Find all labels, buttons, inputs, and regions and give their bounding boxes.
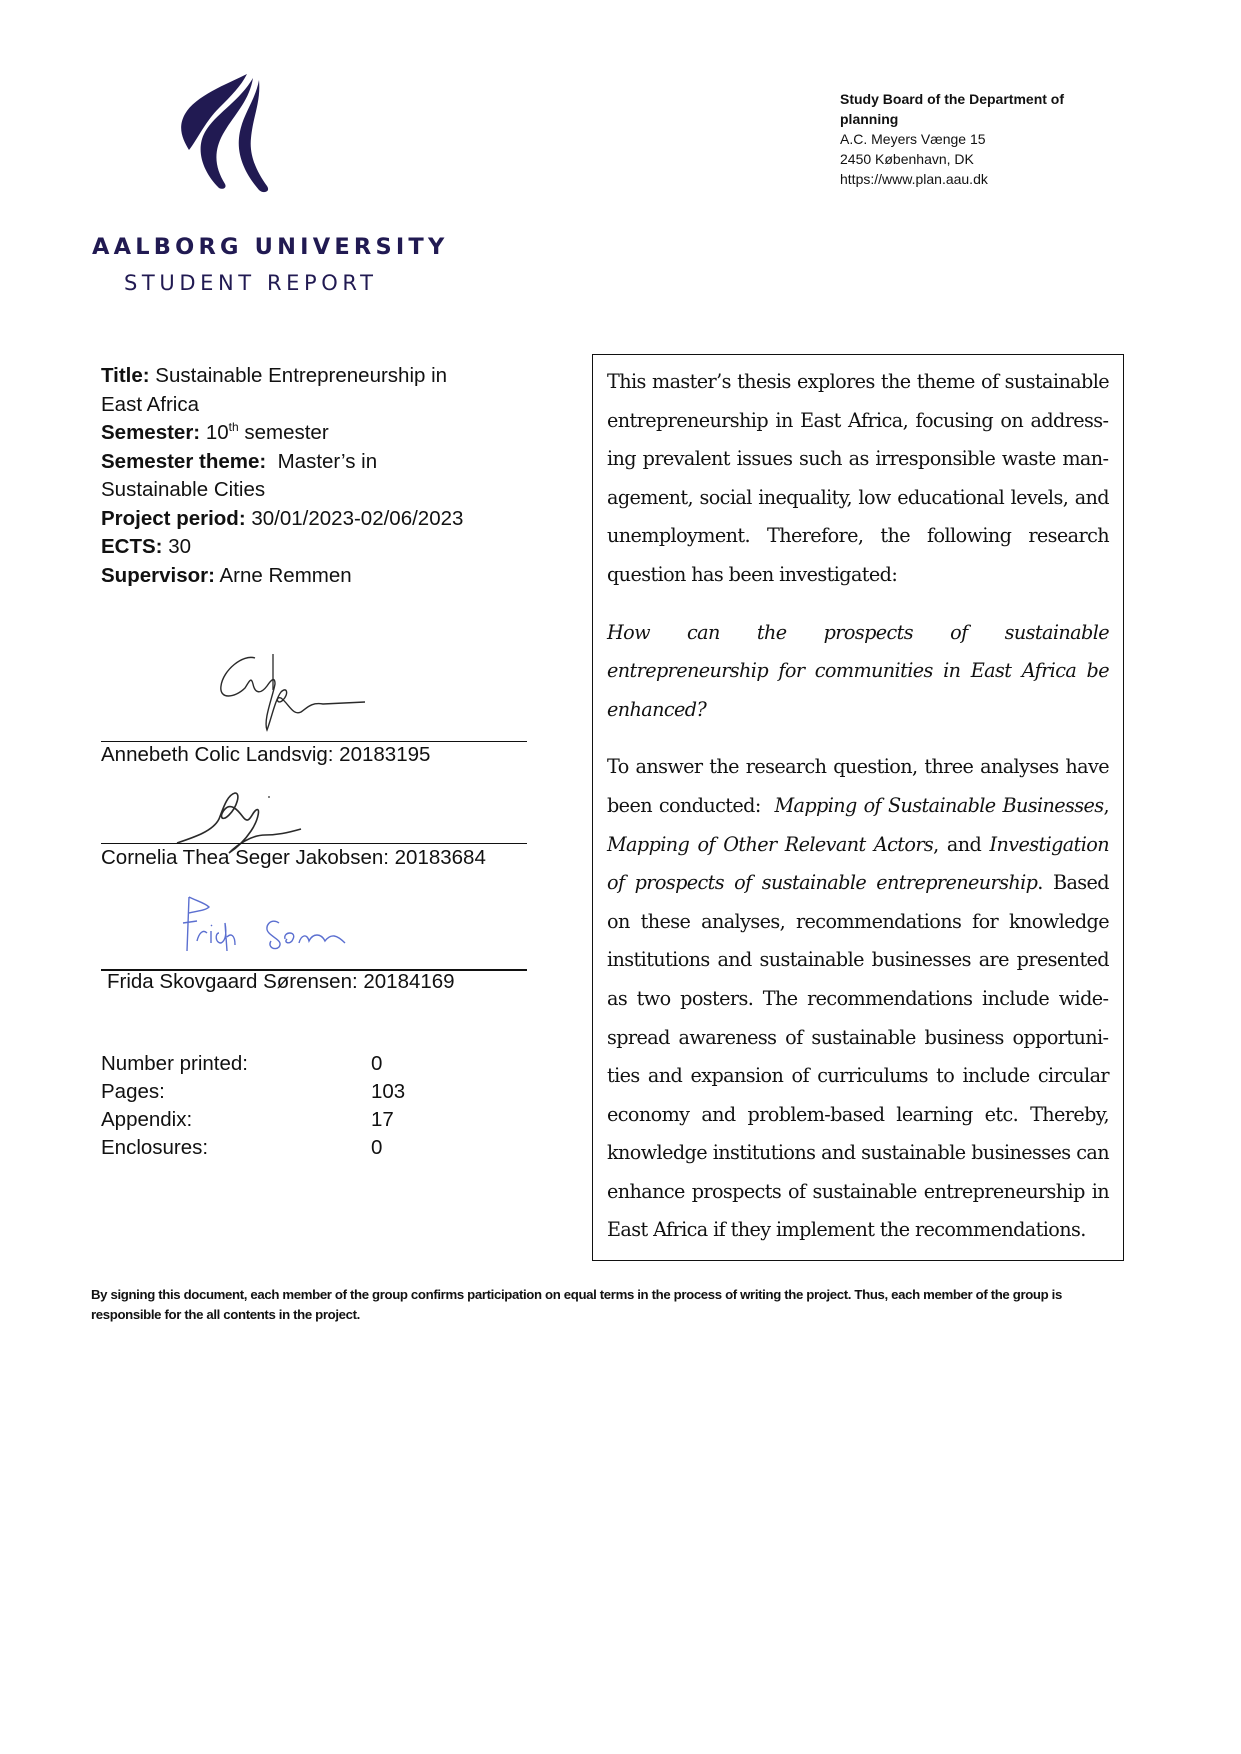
stat-label: Appendix: [101, 1106, 371, 1134]
stat-label: Number printed: [101, 1050, 371, 1078]
theme-field: Semester theme: Master’s in [101, 448, 501, 477]
abstract-intro: This master’s thesis explores the theme … [607, 363, 1109, 595]
stat-value: 0 [371, 1050, 382, 1078]
signatory-1-name: Annebeth Colic Landsvig: 20183195 [101, 743, 430, 767]
city-address: 2450 København, DK [840, 149, 1130, 169]
aalborg-university-logo-icon [175, 72, 285, 197]
report-type: STUDENT REPORT [124, 271, 424, 295]
supervisor-field: Supervisor: Arne Remmen [101, 562, 501, 591]
title-value-line2: East Africa [101, 391, 501, 420]
period-field: Project period: 30/01/2023-02/06/2023 [101, 505, 501, 534]
method-conclusion: . Based on these analyses, recommendatio… [607, 871, 1109, 1241]
semester-suffix: th [229, 420, 239, 434]
stat-value: 103 [371, 1078, 405, 1106]
signature-line-2 [101, 843, 527, 844]
semester-number: 10 [200, 421, 229, 444]
semester-field: Semester: 10th semester [101, 419, 501, 448]
abstract-box: This master’s thesis explores the theme … [592, 354, 1124, 1261]
analysis-2: Mapping of Other Relevant Actors [607, 833, 933, 856]
separator: , [1104, 794, 1110, 817]
period-label: Project period: [101, 507, 246, 530]
stat-row-appendix: Appendix: 17 [101, 1106, 461, 1134]
separator: , and [933, 833, 989, 856]
stat-label: Pages: [101, 1078, 371, 1106]
signature-1-icon [215, 650, 375, 740]
stat-row-enclosures: Enclosures: 0 [101, 1134, 461, 1162]
university-name: AALBORG UNIVERSITY [92, 234, 392, 260]
study-board-line-2: planning [840, 109, 1130, 129]
theme-label: Semester theme: [101, 450, 266, 473]
supervisor-label: Supervisor: [101, 564, 215, 587]
signature-3-icon [175, 893, 375, 963]
ects-label: ECTS: [101, 535, 163, 558]
project-meta: Title: Sustainable Entrepreneurship in E… [101, 362, 501, 590]
report-statistics: Number printed: 0 Pages: 103 Appendix: 1… [101, 1050, 461, 1162]
stat-value: 0 [371, 1134, 382, 1162]
title-label: Title: [101, 364, 150, 387]
stat-value: 17 [371, 1106, 394, 1134]
ects-field: ECTS: 30 [101, 533, 501, 562]
stat-label: Enclosures: [101, 1134, 371, 1162]
address-block: Study Board of the Department of plannin… [840, 89, 1130, 189]
semester-text: semester [239, 421, 329, 444]
signatory-2-name: Cornelia Thea Seger Jakobsen: 20183684 [101, 846, 486, 870]
stat-row-pages: Pages: 103 [101, 1078, 461, 1106]
group-declaration: By signing this document, each member of… [91, 1285, 1081, 1325]
period-value: 30/01/2023-02/06/2023 [246, 507, 464, 530]
theme-value-line2: Sustainable Cities [101, 476, 501, 505]
signature-line-1 [101, 741, 527, 742]
analysis-1: Mapping of Sustainable Businesses [774, 794, 1103, 817]
study-board-line-1: Study Board of the Department of [840, 89, 1130, 109]
signatory-3-name: Frida Skovgaard Sørensen: 20184169 [107, 970, 455, 994]
research-question: How can the prospects of sustainable ent… [607, 614, 1109, 730]
title-field: Title: Sustainable Entrepreneurship in [101, 362, 501, 391]
title-value-line1: Sustainable Entrepreneurship in [150, 364, 447, 387]
ects-value: 30 [163, 535, 192, 558]
stat-row-number-printed: Number printed: 0 [101, 1050, 461, 1078]
abstract-method-paragraph: To answer the research question, three a… [607, 748, 1109, 1250]
supervisor-value: Arne Remmen [215, 564, 352, 587]
street-address: A.C. Meyers Vænge 15 [840, 129, 1130, 149]
theme-value-line1: Master’s in [266, 450, 377, 473]
website-link[interactable]: https://www.plan.aau.dk [840, 169, 1130, 189]
semester-label: Semester: [101, 421, 200, 444]
